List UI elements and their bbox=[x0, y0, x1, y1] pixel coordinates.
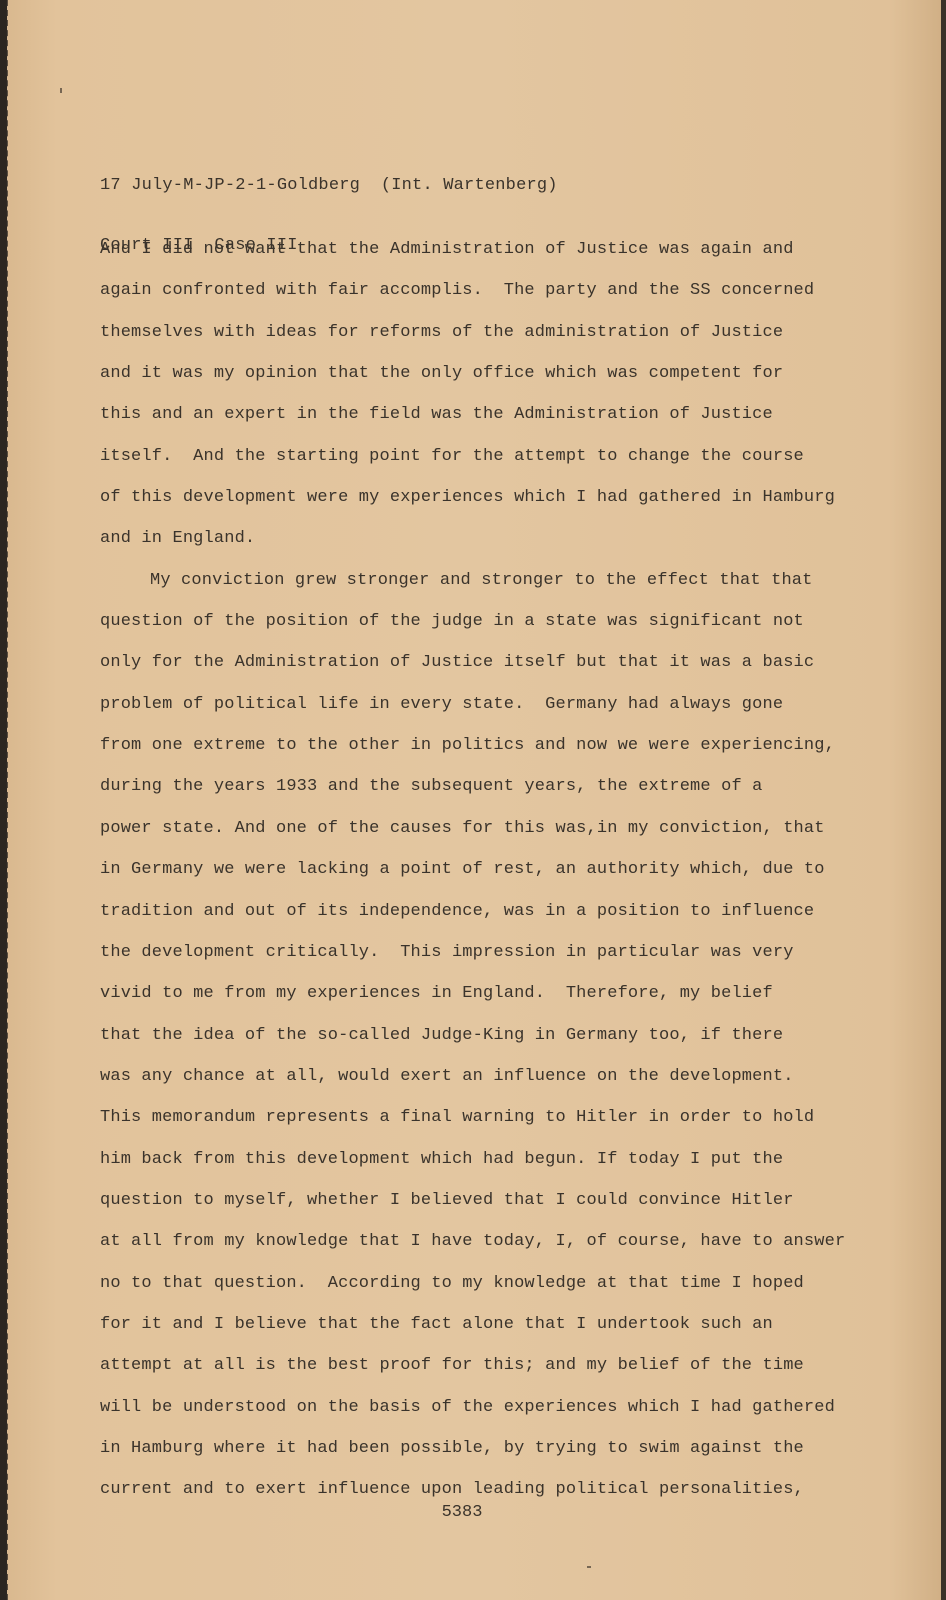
torn-edge-mark bbox=[6, 0, 11, 1600]
text-line: him back from this development which had… bbox=[100, 1146, 860, 1187]
document-page: 17 July-M-JP-2-1-Goldberg (Int. Wartenbe… bbox=[0, 0, 946, 1600]
text-line: problem of political life in every state… bbox=[100, 691, 860, 732]
text-line: itself. And the starting point for the a… bbox=[100, 443, 860, 484]
page-number-text: 5383 bbox=[442, 1503, 483, 1522]
text-line: This memorandum represents a final warni… bbox=[100, 1104, 860, 1145]
text-line: was any chance at all, would exert an in… bbox=[100, 1063, 860, 1104]
text-line: And I did not want that the Administrati… bbox=[100, 236, 860, 277]
text-line: and it was my opinion that the only offi… bbox=[100, 360, 860, 401]
text-line: and in England. bbox=[100, 525, 860, 566]
text-line: vivid to me from my experiences in Engla… bbox=[100, 980, 860, 1021]
text-line: again confronted with fair accomplis. Th… bbox=[100, 277, 860, 318]
text-line: that the idea of the so-called Judge-Kin… bbox=[100, 1022, 860, 1063]
text-line: of this development were my experiences … bbox=[100, 484, 860, 525]
text-line: for it and I believe that the fact alone… bbox=[100, 1311, 860, 1352]
text-line: question of the position of the judge in… bbox=[100, 608, 860, 649]
text-line: power state. And one of the causes for t… bbox=[100, 815, 860, 856]
text-line: at all from my knowledge that I have tod… bbox=[100, 1228, 860, 1269]
page-number: 5383 bbox=[0, 1503, 946, 1522]
text-line: tradition and out of its independence, w… bbox=[100, 898, 860, 939]
text-line: attempt at all is the best proof for thi… bbox=[100, 1352, 860, 1393]
text-line: only for the Administration of Justice i… bbox=[100, 649, 860, 690]
text-line: from one extreme to the other in politic… bbox=[100, 732, 860, 773]
text-line: question to myself, whether I believed t… bbox=[100, 1187, 860, 1228]
text-line: themselves with ideas for reforms of the… bbox=[100, 319, 860, 360]
paper-speck bbox=[60, 88, 62, 93]
text-line: will be understood on the basis of the e… bbox=[100, 1394, 860, 1435]
text-line: this and an expert in the field was the … bbox=[100, 401, 860, 442]
paragraph-start-line: My conviction grew stronger and stronger… bbox=[100, 567, 860, 608]
text-line: in Germany we were lacking a point of re… bbox=[100, 856, 860, 897]
text-line: during the years 1933 and the subsequent… bbox=[100, 773, 860, 814]
text-line: no to that question. According to my kno… bbox=[100, 1270, 860, 1311]
text-line: the development critically. This impress… bbox=[100, 939, 860, 980]
text-line: in Hamburg where it had been possible, b… bbox=[100, 1435, 860, 1476]
page-right-edge bbox=[941, 0, 946, 1600]
header-line-reference: 17 July-M-JP-2-1-Goldberg (Int. Wartenbe… bbox=[100, 176, 558, 196]
transcript-body: And I did not want that the Administrati… bbox=[100, 236, 860, 1518]
paper-speck bbox=[587, 1566, 591, 1568]
